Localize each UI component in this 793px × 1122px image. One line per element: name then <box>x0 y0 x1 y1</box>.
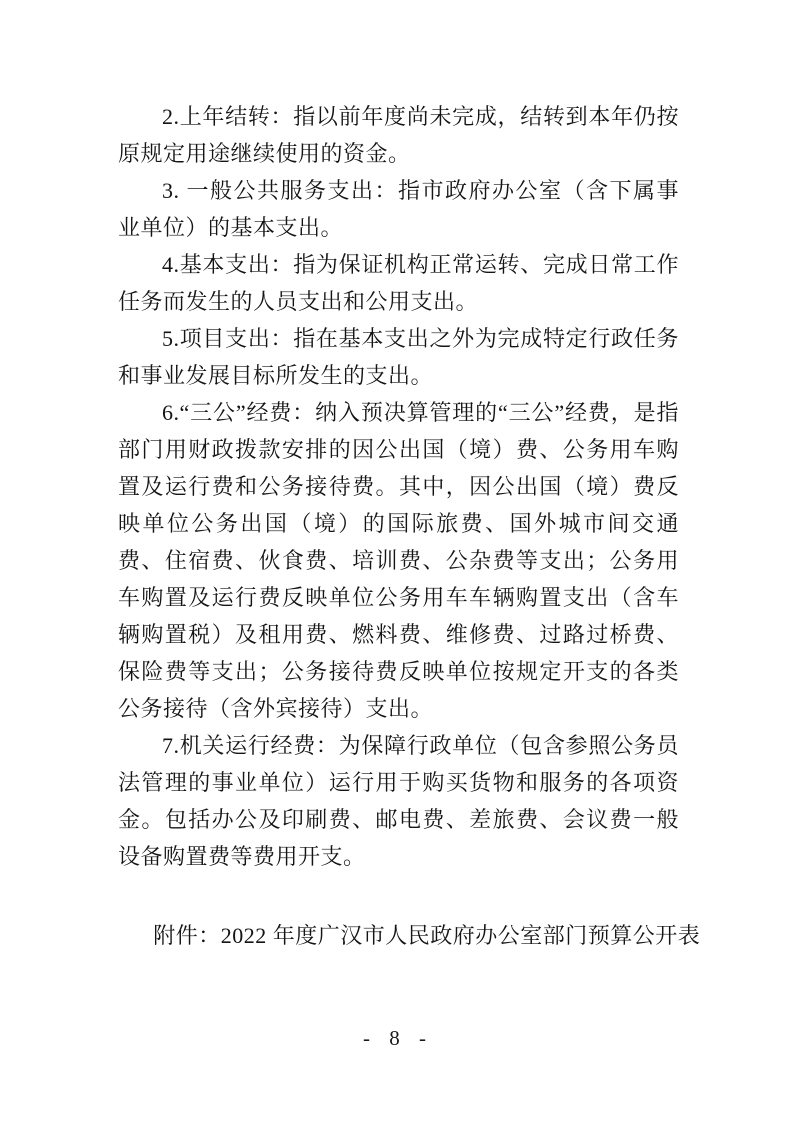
paragraph-term-2: 2.上年结转：指以前年度尚未完成，结转到本年仍按原规定用途继续使用的资金。 <box>118 98 679 172</box>
page-number: - 8 - <box>363 1026 430 1050</box>
paragraph-term-6: 6.“三公”经费：纳入预决算管理的“三公”经费，是指部门用财政拨款安排的因公出国… <box>118 394 679 727</box>
page-footer: - 8 - <box>0 1026 793 1051</box>
paragraph-term-5: 5.项目支出：指在基本支出之外为完成特定行政任务和事业发展目标所发生的支出。 <box>118 320 679 394</box>
paragraph-term-7: 7.机关运行经费：为保障行政单位（包含参照公务员法管理的事业单位）运行用于购买货… <box>118 727 679 875</box>
paragraph-term-3: 3. 一般公共服务支出：指市政府办公室（含下属事业单位）的基本支出。 <box>118 172 679 246</box>
paragraph-term-4: 4.基本支出：指为保证机构正常运转、完成日常工作任务而发生的人员支出和公用支出。 <box>118 246 679 320</box>
document-body: 2.上年结转：指以前年度尚未完成，结转到本年仍按原规定用途继续使用的资金。 3.… <box>118 98 679 954</box>
document-page: 2.上年结转：指以前年度尚未完成，结转到本年仍按原规定用途继续使用的资金。 3.… <box>0 0 793 1122</box>
attachment-line: 附件：2022 年度广汉市人民政府办公室部门预算公开表 <box>118 917 679 954</box>
